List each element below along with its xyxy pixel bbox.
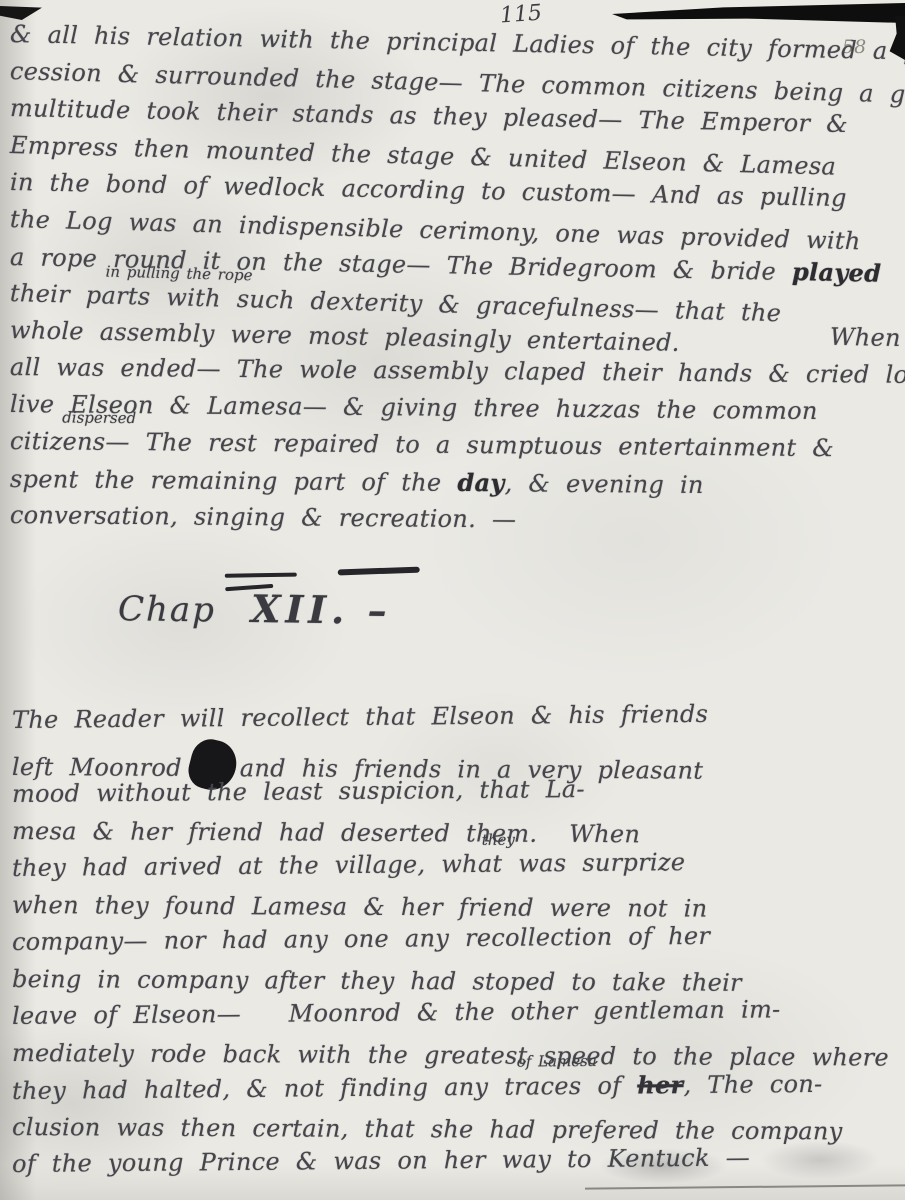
line-text: of the young Prince & was on her way to … bbox=[12, 1144, 750, 1178]
line-text: they had arived at the village, what was… bbox=[12, 848, 686, 882]
line-text: they had halted, & not finding any trace… bbox=[12, 1070, 823, 1105]
line-text: The Reader will recollect that Elseon & … bbox=[12, 700, 708, 734]
chapter-heading: Chap XII. – bbox=[118, 584, 392, 633]
line-text-part: they had halted, & not finding any trace… bbox=[12, 1072, 637, 1105]
overwritten-word: day bbox=[457, 468, 504, 497]
paragraph-chapter-11-end: & all his relation with the principal La… bbox=[10, 16, 902, 534]
manuscript-page: 115 58 & all his relation with the princ… bbox=[0, 0, 905, 1200]
line-text: citizens— The rest repaired to a sumptuo… bbox=[10, 427, 834, 462]
line-text: leave of Elseon— Moonrod & the other gen… bbox=[12, 995, 781, 1030]
struck-word: her bbox=[637, 1070, 684, 1099]
interlinear-insertion: in pulling the rope bbox=[105, 264, 252, 283]
squeezed-word: When bbox=[830, 323, 902, 352]
manuscript-line: of the young Prince & was on her way to … bbox=[12, 1138, 904, 1183]
line-text: conversation, singing & recreation. — bbox=[10, 501, 517, 533]
paragraph-chapter-12-start: The Reader will recollect that Elseon & … bbox=[12, 702, 904, 1183]
line-text-part: , & evening in bbox=[505, 469, 704, 499]
chapter-heading-word: Chap bbox=[118, 589, 217, 630]
manuscript-line: leave of Elseon— Moonrod & the other gen… bbox=[12, 990, 904, 1035]
divider-dash bbox=[338, 566, 420, 575]
interlinear-insertion: of Lamesa bbox=[517, 1054, 597, 1070]
line-text: mood without the least suspicion, that L… bbox=[12, 775, 585, 808]
divider-dash bbox=[225, 572, 297, 577]
manuscript-line: theythey had arived at the village, what… bbox=[12, 842, 904, 887]
manuscript-line: The Reader will recollect that Elseon & … bbox=[12, 694, 904, 739]
manuscript-line: mood without the least suspicion, that L… bbox=[12, 768, 904, 813]
line-text: company— nor had any one any recollectio… bbox=[12, 922, 711, 956]
manuscript-line: of Lamesathey had halted, & not finding … bbox=[12, 1064, 904, 1109]
line-text: mesa & her friend had deserted them. Whe… bbox=[12, 817, 640, 848]
line-text: all was ended— The wole assembly claped … bbox=[10, 353, 905, 389]
line-text-part: spent the remaining part of the bbox=[10, 465, 458, 497]
interlinear-insertion: dispersed bbox=[62, 410, 136, 426]
manuscript-line: conversation, singing & recreation. — bbox=[10, 497, 902, 542]
manuscript-line: company— nor had any one any recollectio… bbox=[12, 916, 904, 961]
overwritten-word: played bbox=[792, 257, 882, 288]
interlinear-insertion: they bbox=[482, 833, 515, 848]
page-edge-line bbox=[585, 1184, 905, 1189]
chapter-heading-numeral: XII. – bbox=[251, 586, 392, 633]
line-text-part: , The con- bbox=[683, 1070, 822, 1099]
line-text: spent the remaining part of the day, & e… bbox=[10, 465, 704, 499]
